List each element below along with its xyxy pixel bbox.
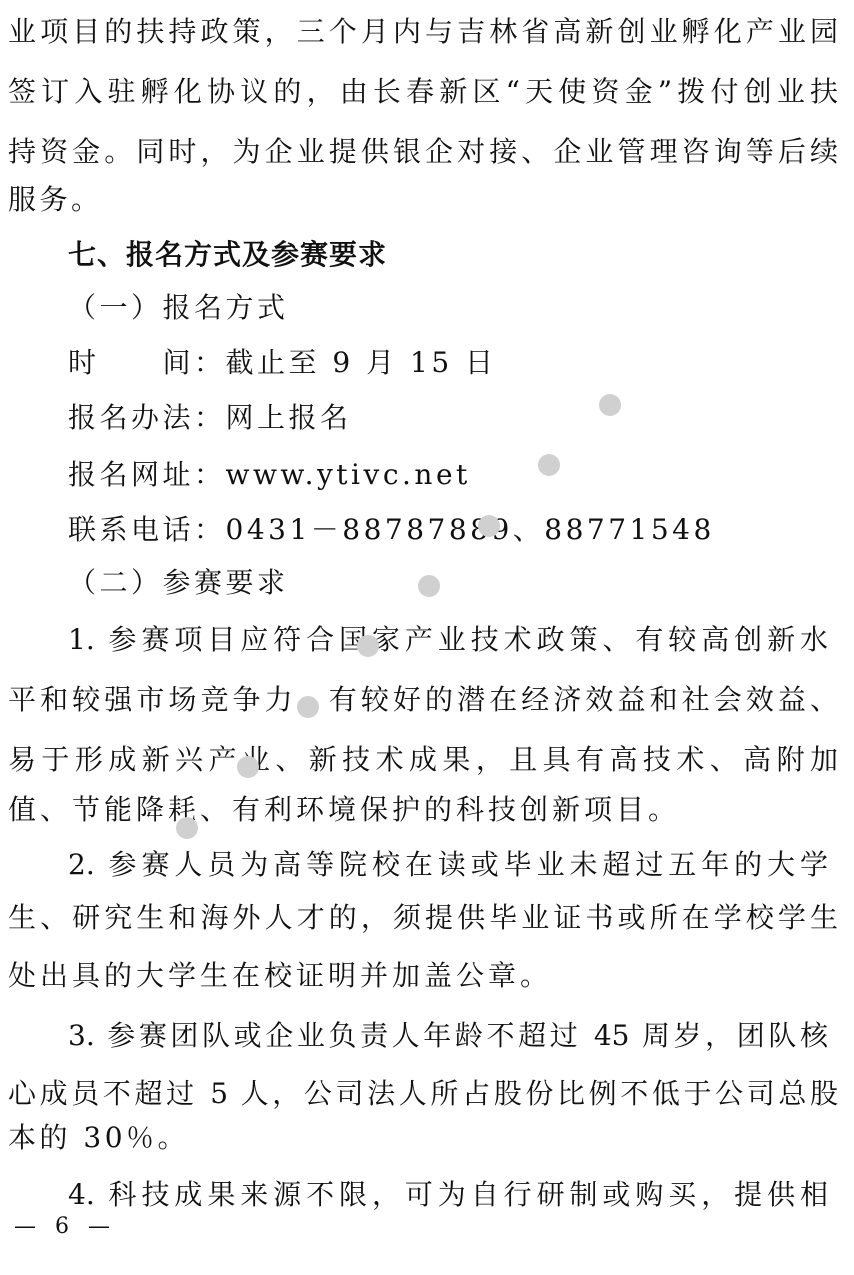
paragraph-line: 值、节能降耗、有利环境保护的科技创新项目。 [8, 790, 838, 830]
dot-marker [357, 635, 379, 657]
paragraph-line: 处出具的大学生在校证明并加盖公章。 [8, 956, 838, 996]
page-number: — 6 — [14, 1212, 116, 1242]
paragraph-line: 易于形成新兴产业、新技术成果，且具有高技术、高附加 [8, 740, 838, 780]
dot-marker [237, 756, 259, 778]
paragraph-line: 4. 科技成果来源不限，可为自行研制或购买，提供相 [68, 1175, 828, 1215]
paragraph-line: 2. 参赛人员为高等院校在读或毕业未超过五年的大学 [68, 845, 828, 885]
paragraph-line: 1. 参赛项目应符合国家产业技术政策、有较高创新水 [68, 620, 828, 660]
dot-marker [176, 817, 198, 839]
paragraph-line: 平和较强市场竞争力、有较好的潜在经济效益和社会效益、 [8, 680, 838, 720]
paragraph-line: 生、研究生和海外人才的，须提供毕业证书或所在学校学生 [8, 898, 838, 938]
section-heading: 七、报名方式及参赛要求 [68, 235, 854, 275]
registration-method: 报名办法：网上报名 [68, 398, 854, 438]
dot-marker [297, 696, 319, 718]
registration-url: 报名网址：www.ytivc.net [68, 455, 854, 495]
paragraph-line: 心成员不超过 5 人，公司法人所占股份比例不低于公司总股 [8, 1074, 838, 1114]
paragraph-line: 本的 30％。 [8, 1118, 838, 1158]
paragraph-line: 签订入驻孵化协议的，由长春新区“天使资金”拨付创业扶 [8, 72, 838, 112]
subsection-heading: （一）报名方式 [68, 288, 854, 328]
paragraph-line: 服务。 [8, 180, 838, 220]
registration-time: 时 间：截止至 9 月 15 日 [68, 343, 854, 383]
subsection-heading: （二）参赛要求 [68, 563, 854, 603]
paragraph-line: 业项目的扶持政策，三个月内与吉林省高新创业孵化产业园 [8, 12, 838, 52]
paragraph-line: 持资金。同时，为企业提供银企对接、企业管理咨询等后续 [8, 132, 838, 172]
dot-marker [418, 575, 440, 597]
dot-marker [538, 454, 560, 476]
contact-phone: 联系电话：0431－88787889、88771548 [68, 510, 854, 550]
paragraph-line: 3. 参赛团队或企业负责人年龄不超过 45 周岁，团队核 [68, 1016, 828, 1056]
dot-marker [478, 515, 500, 537]
dot-marker [599, 394, 621, 416]
